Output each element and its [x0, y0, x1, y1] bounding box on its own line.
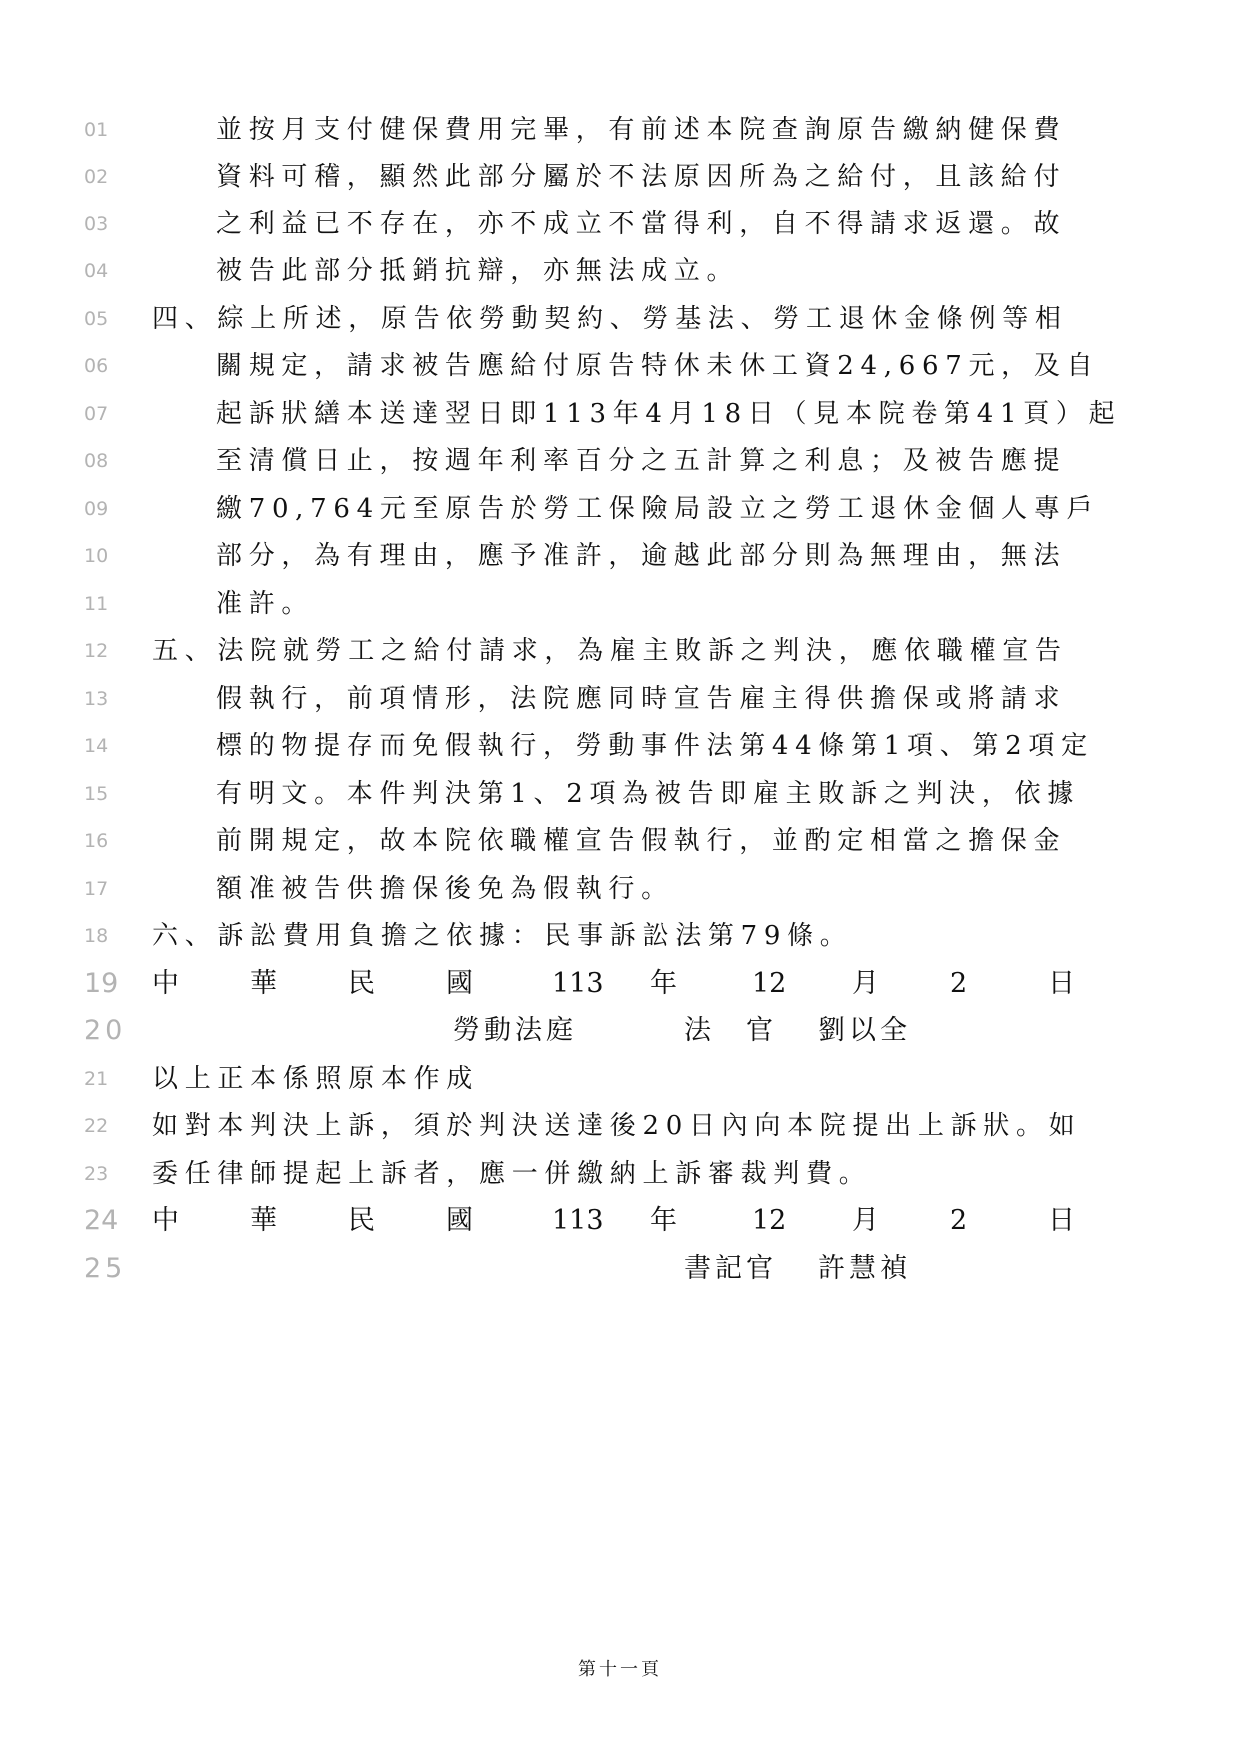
line-number: 11 — [84, 580, 124, 628]
line-text: 之利益已不存在，亦不成立不當得利，自不得請求返還。故 — [216, 200, 1066, 248]
date-part: 日 — [1048, 1197, 1075, 1245]
line-number: 06 — [84, 342, 124, 390]
line-number: 25 — [84, 1245, 124, 1293]
line-01: 01 並按月支付健保費用完畢，有前述本院查詢原告繳納健保費 — [0, 106, 1240, 154]
line-number: 01 — [84, 106, 124, 154]
clerk-title: 書記官 — [684, 1245, 777, 1293]
date-day: 2 — [950, 1197, 967, 1245]
date-year: 113 — [552, 1197, 604, 1245]
line-number: 10 — [84, 532, 124, 580]
line-number: 14 — [84, 722, 124, 770]
date-part: 民 — [348, 960, 375, 1008]
line-text: 前開規定，故本院依職權宣告假執行，並酌定相當之擔保金 — [216, 817, 1066, 865]
line-11: 11 准許。 — [0, 580, 1240, 628]
line-06: 06 關規定，請求被告應給付原告特休未休工資24,667元，及自 — [0, 342, 1240, 390]
date-part: 年 — [650, 1197, 677, 1245]
clerk-name: 許慧禎 — [818, 1245, 911, 1293]
line-17: 17 額准被告供擔保後免為假執行。 — [0, 865, 1240, 913]
date-month: 12 — [752, 1197, 786, 1245]
line-22: 22 如對本判決上訴，須於判決送達後20日內向本院提出上訴狀。如 — [0, 1102, 1240, 1150]
clerk-signature-line: 25 書記官 許慧禎 — [0, 1245, 1240, 1293]
line-18: 18 六、訴訟費用負擔之依據：民事訴訟法第79條。 — [0, 912, 1240, 960]
date-line-judgment: 19 中 華 民 國 113 年 12 月 2 日 — [0, 960, 1240, 1008]
line-number: 24 — [84, 1197, 124, 1245]
line-number: 03 — [84, 200, 124, 248]
line-number: 09 — [84, 485, 124, 533]
line-21: 21 以上正本係照原本作成 — [0, 1055, 1240, 1103]
date-month: 12 — [752, 960, 786, 1008]
line-number: 20 — [84, 1007, 124, 1055]
line-text: 准許。 — [216, 580, 314, 628]
line-text: 被告此部分抵銷抗辯，亦無法成立。 — [216, 247, 739, 295]
line-number: 13 — [84, 675, 124, 723]
line-text: 繳70,764元至原告於勞工保險局設立之勞工退休金個人專戶 — [216, 485, 1099, 533]
line-12: 12 五、法院就勞工之給付請求，為雇主敗訴之判決，應依職權宣告 — [0, 627, 1240, 675]
line-23: 23 委任律師提起上訴者，應一併繳納上訴審裁判費。 — [0, 1150, 1240, 1198]
line-number: 04 — [84, 247, 124, 295]
section-heading-six: 六、訴訟費用負擔之依據：民事訴訟法第79條。 — [152, 912, 853, 960]
date-part: 國 — [446, 960, 473, 1008]
date-part: 日 — [1048, 960, 1075, 1008]
line-text: 部分，為有理由，應予准許，逾越此部分則為無理由，無法 — [216, 532, 1066, 580]
line-text: 假執行，前項情形，法院應同時宣告雇主得供擔保或將請求 — [216, 675, 1066, 723]
line-text: 起訴狀繕本送達翌日即113年4月18日（見本院卷第41頁）起 — [216, 390, 1121, 438]
line-text: 標的物提存而免假執行，勞動事件法第44條第1項、第2項定 — [216, 722, 1094, 770]
date-part: 中 — [152, 1197, 179, 1245]
line-number: 16 — [84, 817, 124, 865]
line-07: 07 起訴狀繕本送達翌日即113年4月18日（見本院卷第41頁）起 — [0, 390, 1240, 438]
line-text: 額准被告供擔保後免為假執行。 — [216, 865, 674, 913]
line-number: 17 — [84, 865, 124, 913]
date-year: 113 — [552, 960, 604, 1008]
line-10: 10 部分，為有理由，應予准許，逾越此部分則為無理由，無法 — [0, 532, 1240, 580]
line-number: 23 — [84, 1150, 124, 1198]
line-number: 08 — [84, 437, 124, 485]
judge-name: 劉以全 — [818, 1007, 911, 1055]
line-04: 04 被告此部分抵銷抗辯，亦無法成立。 — [0, 247, 1240, 295]
date-part: 華 — [250, 960, 277, 1008]
line-number: 19 — [84, 960, 124, 1008]
judge-title: 法 官 — [684, 1007, 777, 1055]
page-number: 第十一頁 — [0, 1655, 1240, 1681]
line-02: 02 資料可稽，顯然此部分屬於不法原因所為之給付，且該給付 — [0, 153, 1240, 201]
date-part: 年 — [650, 960, 677, 1008]
date-day: 2 — [950, 960, 967, 1008]
section-heading-five: 五、法院就勞工之給付請求，為雇主敗訴之判決，應依職權宣告 — [152, 627, 1068, 675]
line-05: 05 四、綜上所述，原告依勞動契約、勞基法、勞工退休金條例等相 — [0, 295, 1240, 343]
line-text: 資料可稽，顯然此部分屬於不法原因所為之給付，且該給付 — [216, 153, 1066, 201]
date-part: 國 — [446, 1197, 473, 1245]
line-03: 03 之利益已不存在，亦不成立不當得利，自不得請求返還。故 — [0, 200, 1240, 248]
line-number: 22 — [84, 1102, 124, 1150]
date-part: 中 — [152, 960, 179, 1008]
judge-signature-line: 20 勞動法庭 法 官 劉以全 — [0, 1007, 1240, 1055]
appeal-notice-text: 委任律師提起上訴者，應一併繳納上訴審裁判費。 — [152, 1150, 871, 1198]
date-part: 月 — [852, 1197, 879, 1245]
line-number: 05 — [84, 295, 124, 343]
line-number: 02 — [84, 153, 124, 201]
appeal-notice-text: 如對本判決上訴，須於判決送達後20日內向本院提出上訴狀。如 — [152, 1102, 1081, 1150]
line-text: 並按月支付健保費用完畢，有前述本院查詢原告繳納健保費 — [216, 106, 1066, 154]
line-16: 16 前開規定，故本院依職權宣告假執行，並酌定相當之擔保金 — [0, 817, 1240, 865]
date-part: 月 — [852, 960, 879, 1008]
document-page: 01 並按月支付健保費用完畢，有前述本院查詢原告繳納健保費 02 資料可稽，顯然… — [0, 0, 1240, 1755]
line-14: 14 標的物提存而免假執行，勞動事件法第44條第1項、第2項定 — [0, 722, 1240, 770]
line-text: 有明文。本件判決第1、2項為被告即雇主敗訴之判決，依據 — [216, 770, 1080, 818]
date-part: 民 — [348, 1197, 375, 1245]
line-text: 至清償日止，按週年利率百分之五計算之利息；及被告應提 — [216, 437, 1066, 485]
line-text: 關規定，請求被告應給付原告特休未休工資24,667元，及自 — [216, 342, 1099, 390]
date-part: 華 — [250, 1197, 277, 1245]
date-line-clerk: 24 中 華 民 國 113 年 12 月 2 日 — [0, 1197, 1240, 1245]
certification-text: 以上正本係照原本作成 — [152, 1055, 479, 1103]
line-13: 13 假執行，前項情形，法院應同時宣告雇主得供擔保或將請求 — [0, 675, 1240, 723]
line-15: 15 有明文。本件判決第1、2項為被告即雇主敗訴之判決，依據 — [0, 770, 1240, 818]
line-number: 18 — [84, 912, 124, 960]
line-number: 12 — [84, 627, 124, 675]
line-number: 15 — [84, 770, 124, 818]
line-09: 09 繳70,764元至原告於勞工保險局設立之勞工退休金個人專戶 — [0, 485, 1240, 533]
line-number: 07 — [84, 390, 124, 438]
line-number: 21 — [84, 1055, 124, 1103]
section-heading-four: 四、綜上所述，原告依勞動契約、勞基法、勞工退休金條例等相 — [152, 295, 1068, 343]
court-name: 勞動法庭 — [453, 1007, 577, 1055]
line-08: 08 至清償日止，按週年利率百分之五計算之利息；及被告應提 — [0, 437, 1240, 485]
